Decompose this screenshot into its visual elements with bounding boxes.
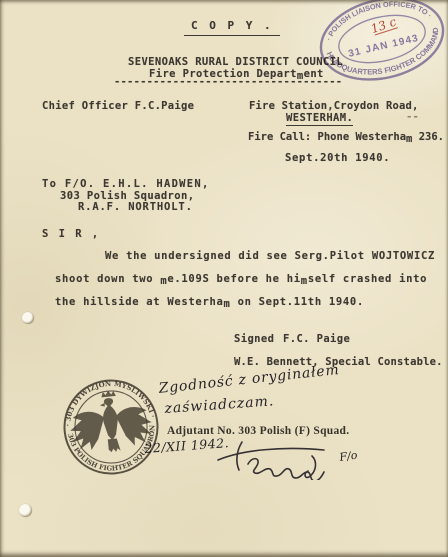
salutation: S I R , (42, 228, 100, 240)
date-stamp-text: 31 JAN 1943 (347, 33, 420, 60)
signed-name: F.C. Paige (283, 333, 350, 345)
body-line-3: the hillside at Westerham on Sept.11th 1… (55, 296, 364, 308)
handwritten-certification-line-2: zaświadczam. (164, 393, 275, 417)
body-line-1: We the undersigned did see Serg.Pilot WO… (105, 250, 435, 262)
station-address-line: Fire Station,Croydon Road, (249, 100, 419, 112)
scanned-letter-document: C O P Y . · POLISH LIAISON OFFICER TO · … (0, 0, 448, 557)
copy-heading: C O P Y . (184, 19, 280, 32)
dashed-divider: ----------------------------------- (114, 76, 342, 88)
stray-marks: -- (406, 111, 419, 123)
org-name: SEVENOAKS RURAL DISTRICT COUNCIL (128, 56, 343, 68)
polish-liaison-officer-stamp: · POLISH LIAISON OFFICER TO · HEADQUARTE… (308, 0, 448, 96)
body-line-2: shoot down two me.109S before he himself… (55, 273, 427, 285)
punch-hole-top (22, 312, 34, 324)
recipient-line-3: R.A.F. NORTHOLT. (78, 201, 193, 213)
town-underline: WESTERHAM. (286, 112, 353, 126)
signed-label: Signed (234, 333, 274, 345)
fire-call-line: Fire Call: Phone Westerham 236. (248, 131, 444, 143)
station-town: WESTERHAM. (286, 112, 353, 124)
signature-rank-suffix: F/o (338, 449, 359, 465)
chief-officer-line: Chief Officer F.C.Paige (42, 100, 194, 112)
letter-date: Sept.20th 1940. (285, 152, 390, 164)
signature-scrawl (218, 442, 324, 480)
red-reference-number: 13 c (369, 14, 398, 36)
303-squadron-stamp: · 303 DYWIZJON MYŚLIWSKI · 303 POLISH FI… (56, 372, 166, 482)
recipient-line-1: To F/O. E.H.L. HADWEN, (42, 178, 210, 190)
adjutant-signature: F/o (212, 434, 367, 480)
copy-heading-underline: C O P Y . (184, 19, 280, 36)
punch-hole-bottom (19, 504, 32, 517)
